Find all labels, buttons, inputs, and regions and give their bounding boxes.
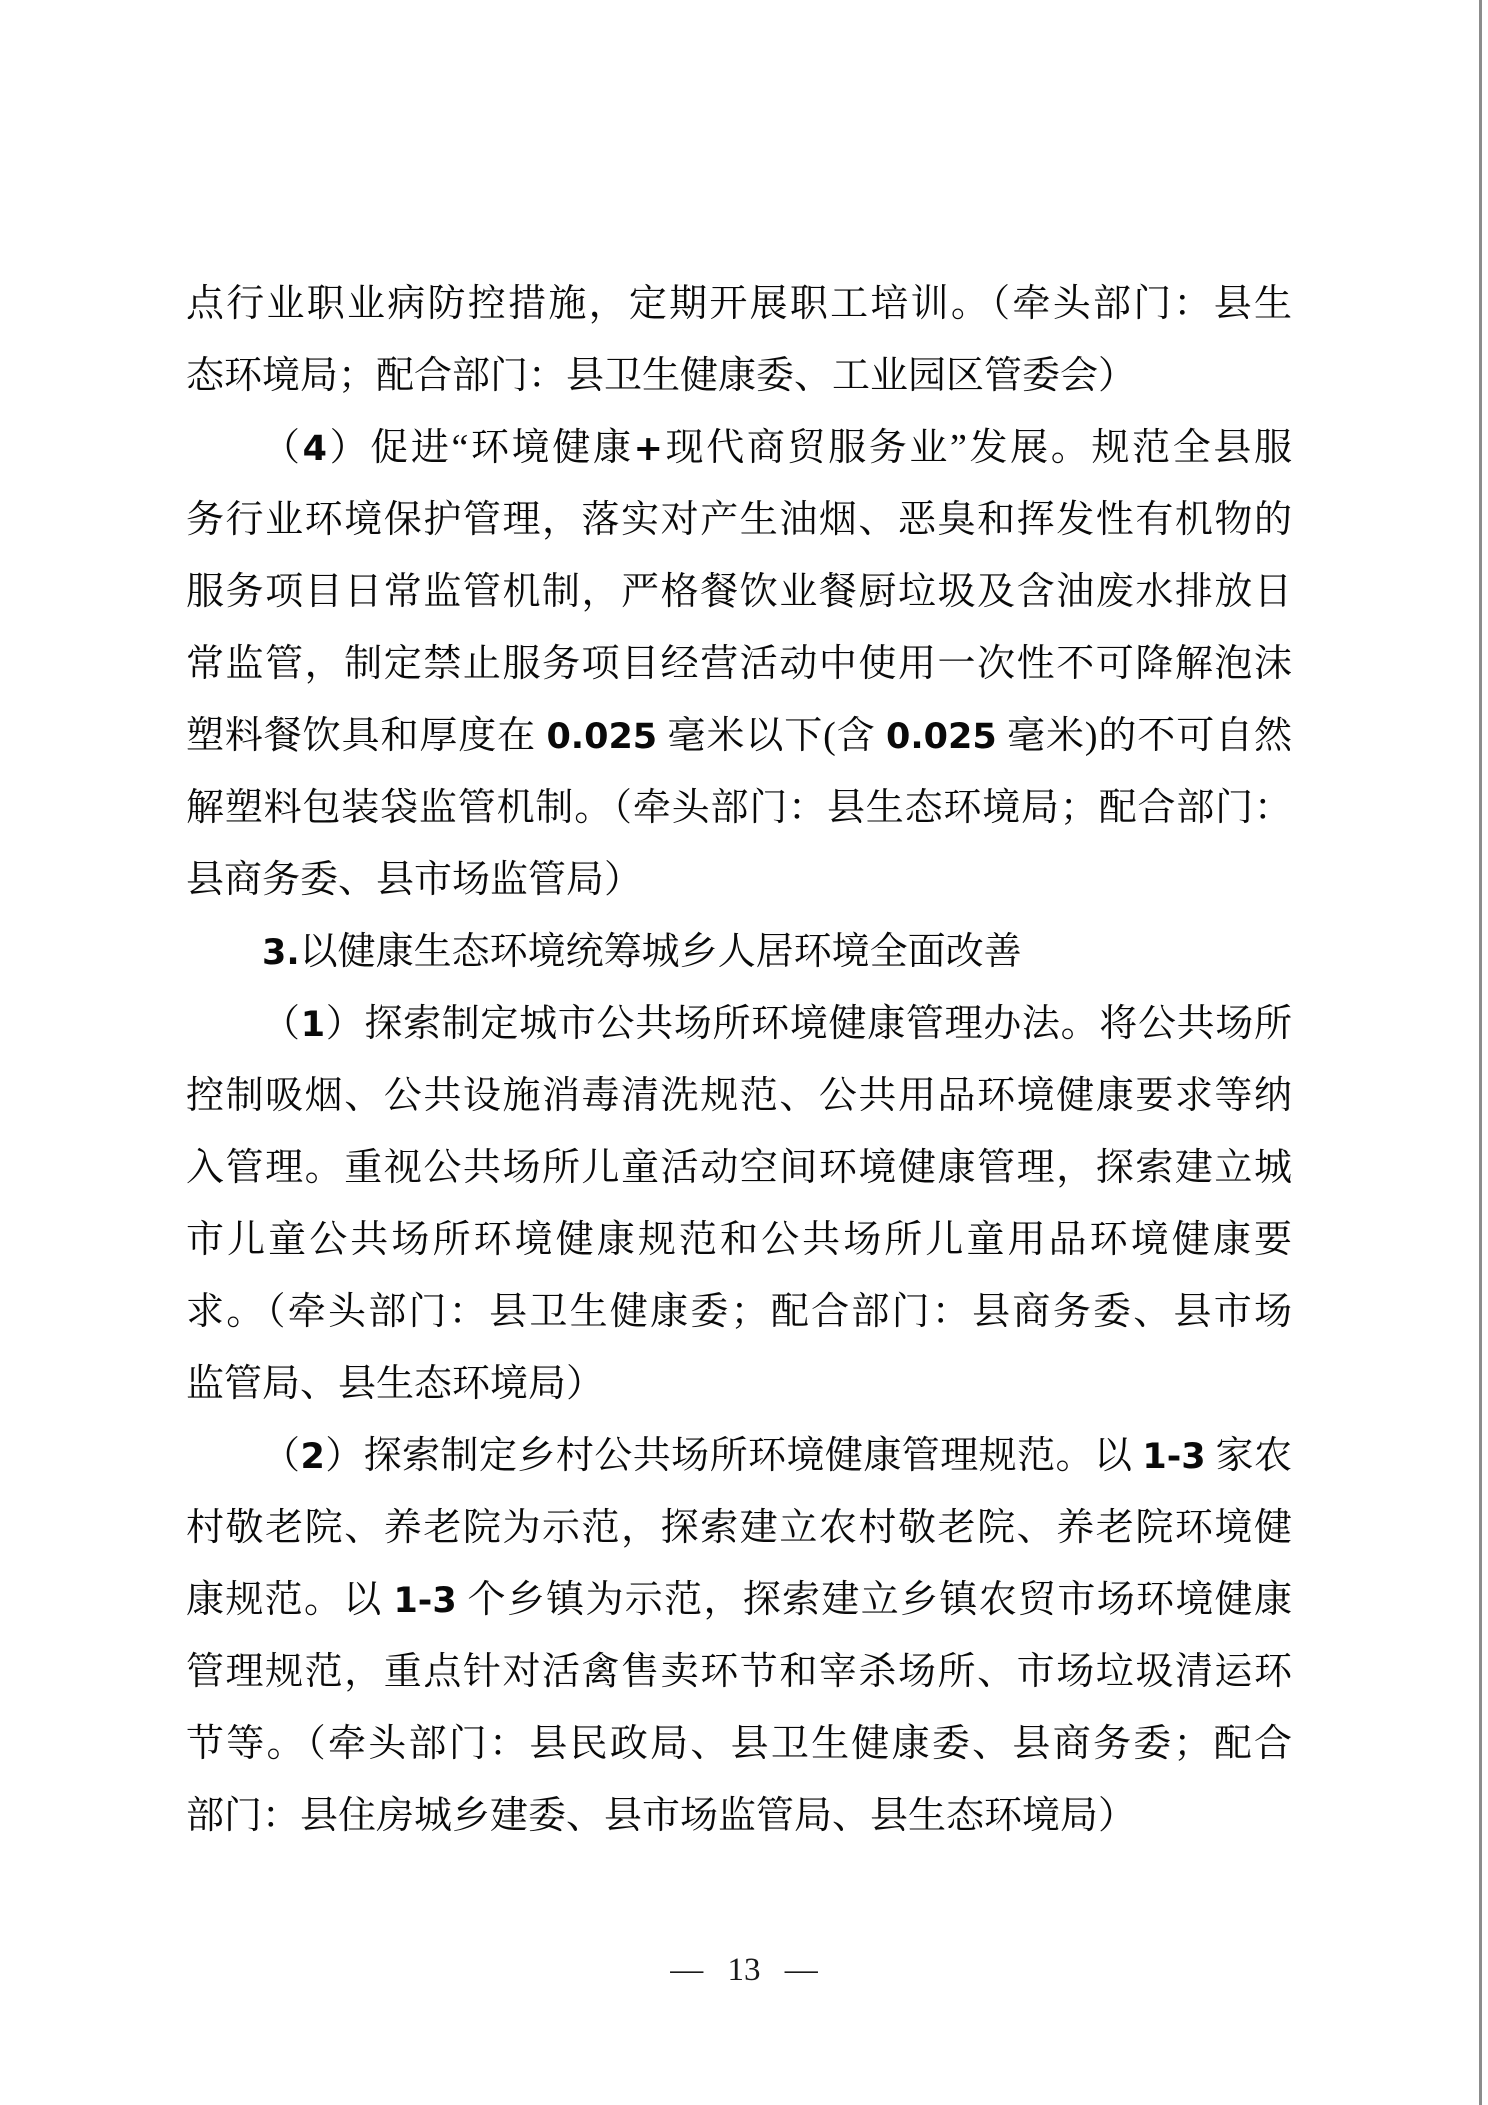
text-line: 求。（牵头部门：县卫生健康委；配合部门：县商务委、县市场 bbox=[186, 1276, 1292, 1348]
text-line: 入管理。重视公共场所儿童活动空间环境健康管理，探索建立城 bbox=[186, 1132, 1292, 1204]
text-line: 解塑料包装袋监管机制。（牵头部门：县生态环境局；配合部门： bbox=[186, 772, 1292, 844]
scan-edge-line bbox=[1479, 0, 1482, 2105]
document-body: 点行业职业病防控措施，定期开展职工培训。（牵头部门：县生 态环境局；配合部门：县… bbox=[186, 268, 1292, 1852]
text-line: 县商务委、县市场监管局） bbox=[186, 844, 1292, 916]
text-line: （2）探索制定乡村公共场所环境健康管理规范。以 1-3 家农 bbox=[186, 1420, 1292, 1492]
page-footer: — 13 — bbox=[0, 1948, 1488, 1992]
text-line: （4）促进“环境健康+现代商贸服务业”发展。规范全县服 bbox=[186, 412, 1292, 484]
text-line: 塑料餐饮具和厚度在 0.025 毫米以下(含 0.025 毫米)的不可自然降 bbox=[186, 700, 1292, 772]
text-line: 管理规范，重点针对活禽售卖环节和宰杀场所、市场垃圾清运环 bbox=[186, 1636, 1292, 1708]
text-line: 态环境局；配合部门：县卫生健康委、工业园区管委会） bbox=[186, 340, 1292, 412]
text-line: 市儿童公共场所环境健康规范和公共场所儿童用品环境健康要 bbox=[186, 1204, 1292, 1276]
text-line: 村敬老院、养老院为示范，探索建立农村敬老院、养老院环境健 bbox=[186, 1492, 1292, 1564]
page-number: — 13 — bbox=[670, 1952, 818, 1988]
section-heading: 3.以健康生态环境统筹城乡人居环境全面改善 bbox=[186, 916, 1292, 988]
text-line: 控制吸烟、公共设施消毒清洗规范、公共用品环境健康要求等纳 bbox=[186, 1060, 1292, 1132]
text-line: 常监管，制定禁止服务项目经营活动中使用一次性不可降解泡沫 bbox=[186, 628, 1292, 700]
text-line: （1）探索制定城市公共场所环境健康管理办法。将公共场所 bbox=[186, 988, 1292, 1060]
text-line: 康规范。以 1-3 个乡镇为示范，探索建立乡镇农贸市场环境健康 bbox=[186, 1564, 1292, 1636]
text-line: 服务项目日常监管机制，严格餐饮业餐厨垃圾及含油废水排放日 bbox=[186, 556, 1292, 628]
document-page: 点行业职业病防控措施，定期开展职工培训。（牵头部门：县生 态环境局；配合部门：县… bbox=[0, 0, 1488, 2105]
text-line: 务行业环境保护管理，落实对产生油烟、恶臭和挥发性有机物的 bbox=[186, 484, 1292, 556]
text-line: 点行业职业病防控措施，定期开展职工培训。（牵头部门：县生 bbox=[186, 268, 1292, 340]
text-line: 节等。（牵头部门：县民政局、县卫生健康委、县商务委；配合 bbox=[186, 1708, 1292, 1780]
text-line: 部门：县住房城乡建委、县市场监管局、县生态环境局） bbox=[186, 1780, 1292, 1852]
text-line: 监管局、县生态环境局） bbox=[186, 1348, 1292, 1420]
